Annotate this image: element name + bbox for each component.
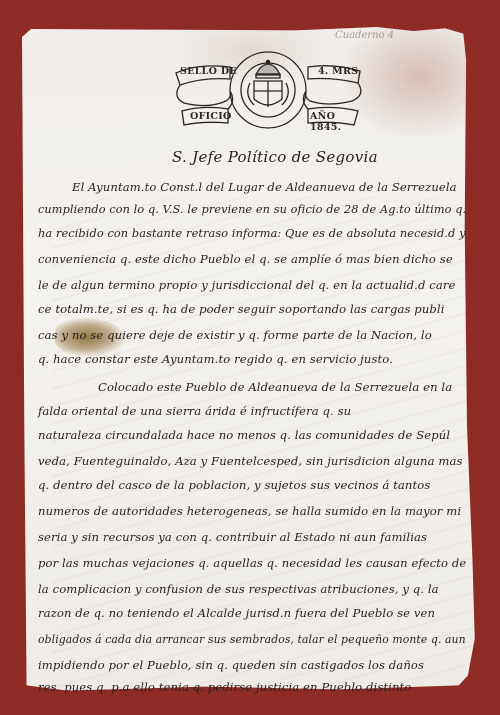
text-line: cumpliendo con lo q. V.S. le previene en… <box>38 202 466 216</box>
text-line: por las muchas vejaciones q. aquellas q.… <box>38 556 466 570</box>
text-line: le de algun termino propio y jurisdiccio… <box>38 278 455 292</box>
text-line: numeros de autoridades heterogeneas, se … <box>38 504 461 518</box>
ink-bleed-through <box>52 197 482 707</box>
stamp-label-value: 4. MRS. <box>318 66 362 77</box>
text-line: conveniencia q. este dicho Pueblo el q. … <box>38 252 453 266</box>
text-line: El Ayuntam.to Const.l del Lugar de Aldea… <box>72 180 457 194</box>
text-line: seria y sin recursos ya con q. contribui… <box>38 530 427 544</box>
stamp-label-oficio: OFICIO <box>190 111 232 122</box>
text-line: naturaleza circundalada hace no menos q.… <box>38 428 450 442</box>
text-line: ha recibido con bastante retraso informa… <box>38 226 466 240</box>
stamp-label-year: AÑO 1845. <box>310 111 368 133</box>
text-line: Colocado este Pueblo de Aldeanueva de la… <box>98 380 452 394</box>
text-line: q. dentro del casco de la poblacion, y s… <box>38 478 430 492</box>
text-line: obligados á cada dia arrancar sus sembra… <box>38 632 466 646</box>
text-line: res, pues q. p.a ello tenia q. pedirse j… <box>38 680 411 694</box>
document-heading: S. Jefe Político de Segovia <box>172 148 378 166</box>
text-line: la complicacion y confusion de sus respe… <box>38 582 439 596</box>
text-line: ce totalm.te, si es q. ha de poder segui… <box>38 302 445 316</box>
text-line: falda oriental de una sierra árida é inf… <box>38 404 351 418</box>
text-line: veda, Fuenteguinaldo, Aza y Fuentelcespe… <box>38 454 463 468</box>
text-line: impidiendo por el Pueblo, sin q. queden … <box>38 658 424 672</box>
text-line: cas y no se quiere deje de existir y q. … <box>38 328 432 342</box>
text-line: razon de q. no teniendo el Alcalde juris… <box>38 606 435 620</box>
stamp-label-sello: SELLO DE <box>180 66 237 77</box>
corner-annotation: Cuaderno 4 <box>335 30 394 41</box>
official-stamp: SELLO DE OFICIO 4. MRS. AÑO 1845. <box>168 45 368 130</box>
text-line: q. hace constar este Ayuntam.to regido q… <box>38 352 393 366</box>
